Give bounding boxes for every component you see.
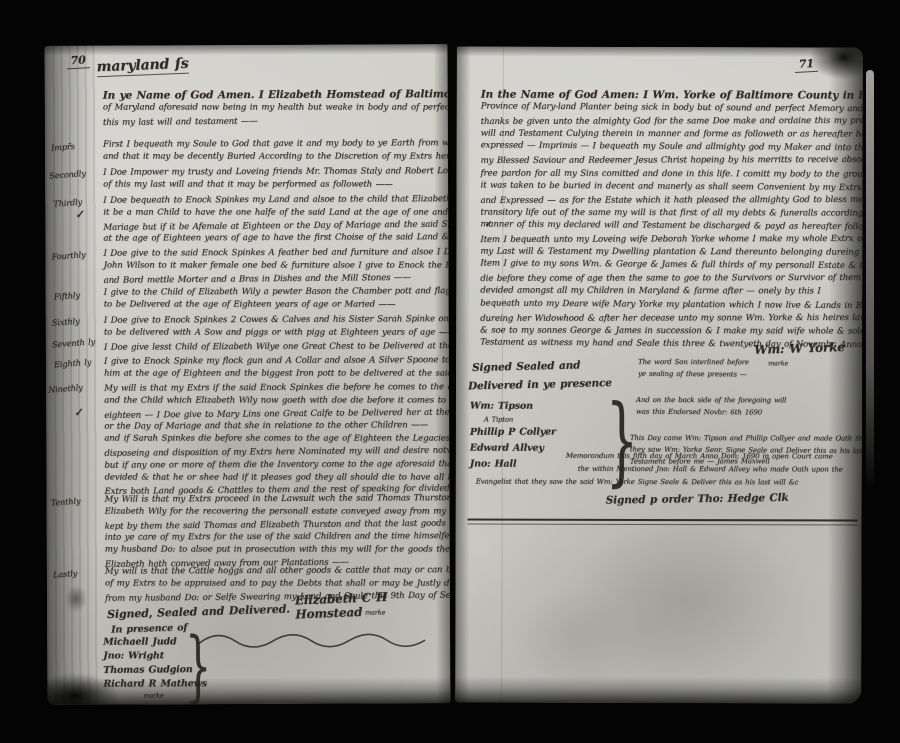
section-ninethly-text: My will is that my Extrs if the said Eno… [104, 381, 450, 498]
margin-label-fifthly: Fifthly [53, 288, 106, 302]
page-number: 70 [66, 53, 90, 69]
testator-mark: marke [768, 359, 788, 367]
stain [65, 586, 87, 612]
witness-mark: marke [143, 691, 163, 699]
stain [515, 587, 635, 687]
section-seventhly-text: I Doe give lesst Child of Elizabeth Wily… [104, 340, 451, 355]
county-header: maryland ſs [96, 56, 189, 78]
section-imprimis-text: First I bequeath my Soule to God that ga… [103, 137, 450, 164]
margin-label-lastly: Lastly [53, 566, 106, 580]
closing-flourish [197, 628, 442, 651]
attestation-line-2: Delivered in ye presence [468, 377, 612, 392]
margin-label-fourthly: Fourthly [51, 248, 104, 262]
section-thirdly-text: I Doe bequeath to Enock Spinkes my Land … [103, 193, 450, 246]
memorandum-note-line3: Evangelist that they saw the said Wm: Yo… [476, 477, 799, 489]
margin-label-eighthly: Eighth ly [54, 356, 99, 369]
margin-label-imprimis: Impr̃s [51, 139, 104, 153]
next-page-edge [866, 70, 874, 490]
endorsement-note: And on the back side of the foregoing wi… [636, 395, 786, 418]
witness-list: Wm: TipsonA TiptonPhillip P CollyerEdwar… [470, 399, 556, 473]
clerk-signature-line: Signed p order Tho: Hedge Clk [606, 492, 789, 507]
section-sixthly-text: I Doe give to Enock Spinkes 2 Cowes & Ca… [104, 313, 451, 340]
will-body-paragraph: In the Name of God Amen: I Wm. Yorke of … [480, 89, 863, 352]
testator-mark: marke [365, 608, 385, 616]
section-fourthly-text: I Doe give to the said Enock Spinkes A f… [103, 246, 450, 286]
check-mark: ✓ [75, 209, 85, 221]
margin-label-ninethly: Ninethly [48, 381, 101, 395]
manuscript-scan: { "document": { "colors": { "background"… [0, 0, 900, 743]
left-page: 70 maryland ſs In ye Name of God Amen. I… [45, 44, 451, 705]
testator-signature: Wm: W Yorke [754, 340, 845, 357]
page-number: 71 [794, 57, 818, 73]
memorandum-note-line2: the within Mentioned Jno: Hall & Edward … [578, 464, 843, 476]
margin-label-secondly: Secondly [49, 167, 102, 181]
attestation-line-1: Signed Sealed and [472, 359, 580, 374]
section-secondly-text: I Doe Impower my trusty and Loveing frie… [103, 165, 450, 192]
section-eighthly-text: I give to Enock Spinke my flock gun and … [104, 354, 451, 381]
margin-label-thirdly: Thirdly [53, 195, 106, 209]
page-edge-shadow [457, 46, 863, 57]
interlined-note: The word Son interlined beforeye sealing… [638, 357, 749, 380]
section-divider-rule [468, 518, 858, 525]
margin-label-seventhly: Seventh ly [52, 336, 97, 349]
margin-label-sixthly: Sixthly [51, 314, 104, 328]
opening-paragraph: In ye Name of God Amen. I Elizabeth Homs… [103, 87, 451, 128]
stain [575, 517, 795, 678]
page-edge-shadow [45, 44, 448, 56]
check-mark: ✓ [73, 407, 83, 419]
margin-label-tenthly: Tenthly [50, 494, 103, 508]
memorandum-note-line1: Memorandum this fifth day of March Anno … [566, 451, 833, 463]
right-page: 71 ✓ In the Name of God Amen: I Wm. York… [455, 46, 863, 703]
page-edge-shadow [455, 676, 861, 703]
gutter-shadow [455, 46, 471, 702]
presence-line: In presence of [111, 622, 187, 635]
section-tenthly-text: My Will is that my Extrs proceed in the … [105, 492, 451, 571]
section-fifthly-text: I give to the Child of Elizabeth Wily a … [104, 285, 451, 312]
